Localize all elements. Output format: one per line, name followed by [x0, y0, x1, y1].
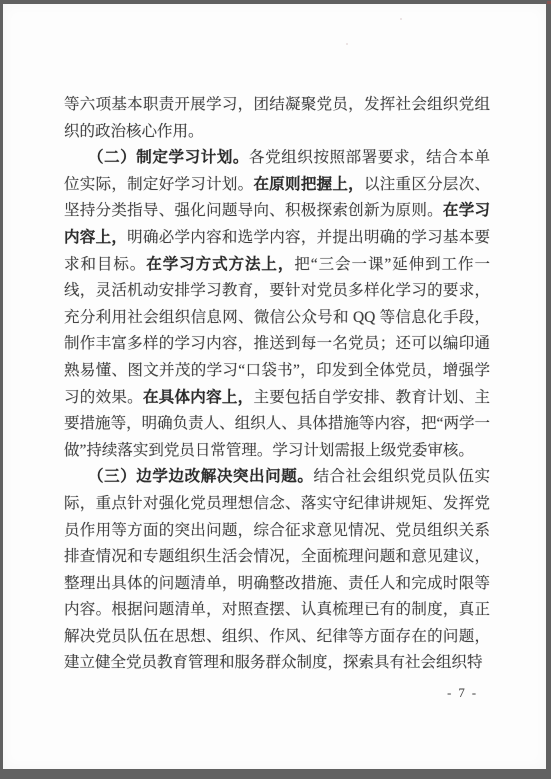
- emphasis-run: 在原则把握上，: [253, 176, 364, 193]
- paragraph: 等六项基本职责开展学习，团结凝聚党员，发挥社会组织党组织的政治核心作用。: [64, 92, 490, 145]
- scanner-frame: 等六项基本职责开展学习，团结凝聚党员，发挥社会组织党组织的政治核心作用。（二）制…: [0, 0, 551, 779]
- text-run: 结合社会组织党员队伍实际，重点针对强化党员理想信念、落实守纪律讲规矩、发挥党员作…: [64, 468, 490, 671]
- scan-artifact-speck: [547, 1, 551, 4]
- text-run: 等六项基本职责开展学习，团结凝聚党员，发挥社会组织党组织的政治核心作用。: [64, 96, 490, 140]
- emphasis-run: （二）制定学习计划。: [88, 149, 249, 166]
- paragraph: （二）制定学习计划。各党组织按照部署要求，结合本单位实际，制定好学习计划。在原则…: [64, 145, 490, 464]
- emphasis-run: （三）边学边改解决突出问题。: [88, 468, 313, 485]
- emphasis-run: 在学习方式方法上，: [146, 256, 294, 273]
- scan-noise-dot: [400, 18, 402, 20]
- text-run: 把“三会一课”延伸到工作一线，灵活机动安排学习教育，要针对党员多样化学习的要求，…: [64, 256, 490, 406]
- document-body: 等六项基本职责开展学习，团结凝聚党员，发挥社会组织党组织的政治核心作用。（二）制…: [64, 92, 490, 677]
- scan-noise-dot: [346, 43, 348, 45]
- emphasis-run: 在具体内容上，: [143, 389, 254, 406]
- paragraph: （三）边学边改解决突出问题。结合社会组织党员队伍实际，重点针对强化党员理想信念、…: [64, 464, 490, 677]
- page-number: - 7 -: [447, 686, 478, 701]
- document-page: 等六项基本职责开展学习，团结凝聚党员，发挥社会组织党组织的政治核心作用。（二）制…: [3, 4, 546, 769]
